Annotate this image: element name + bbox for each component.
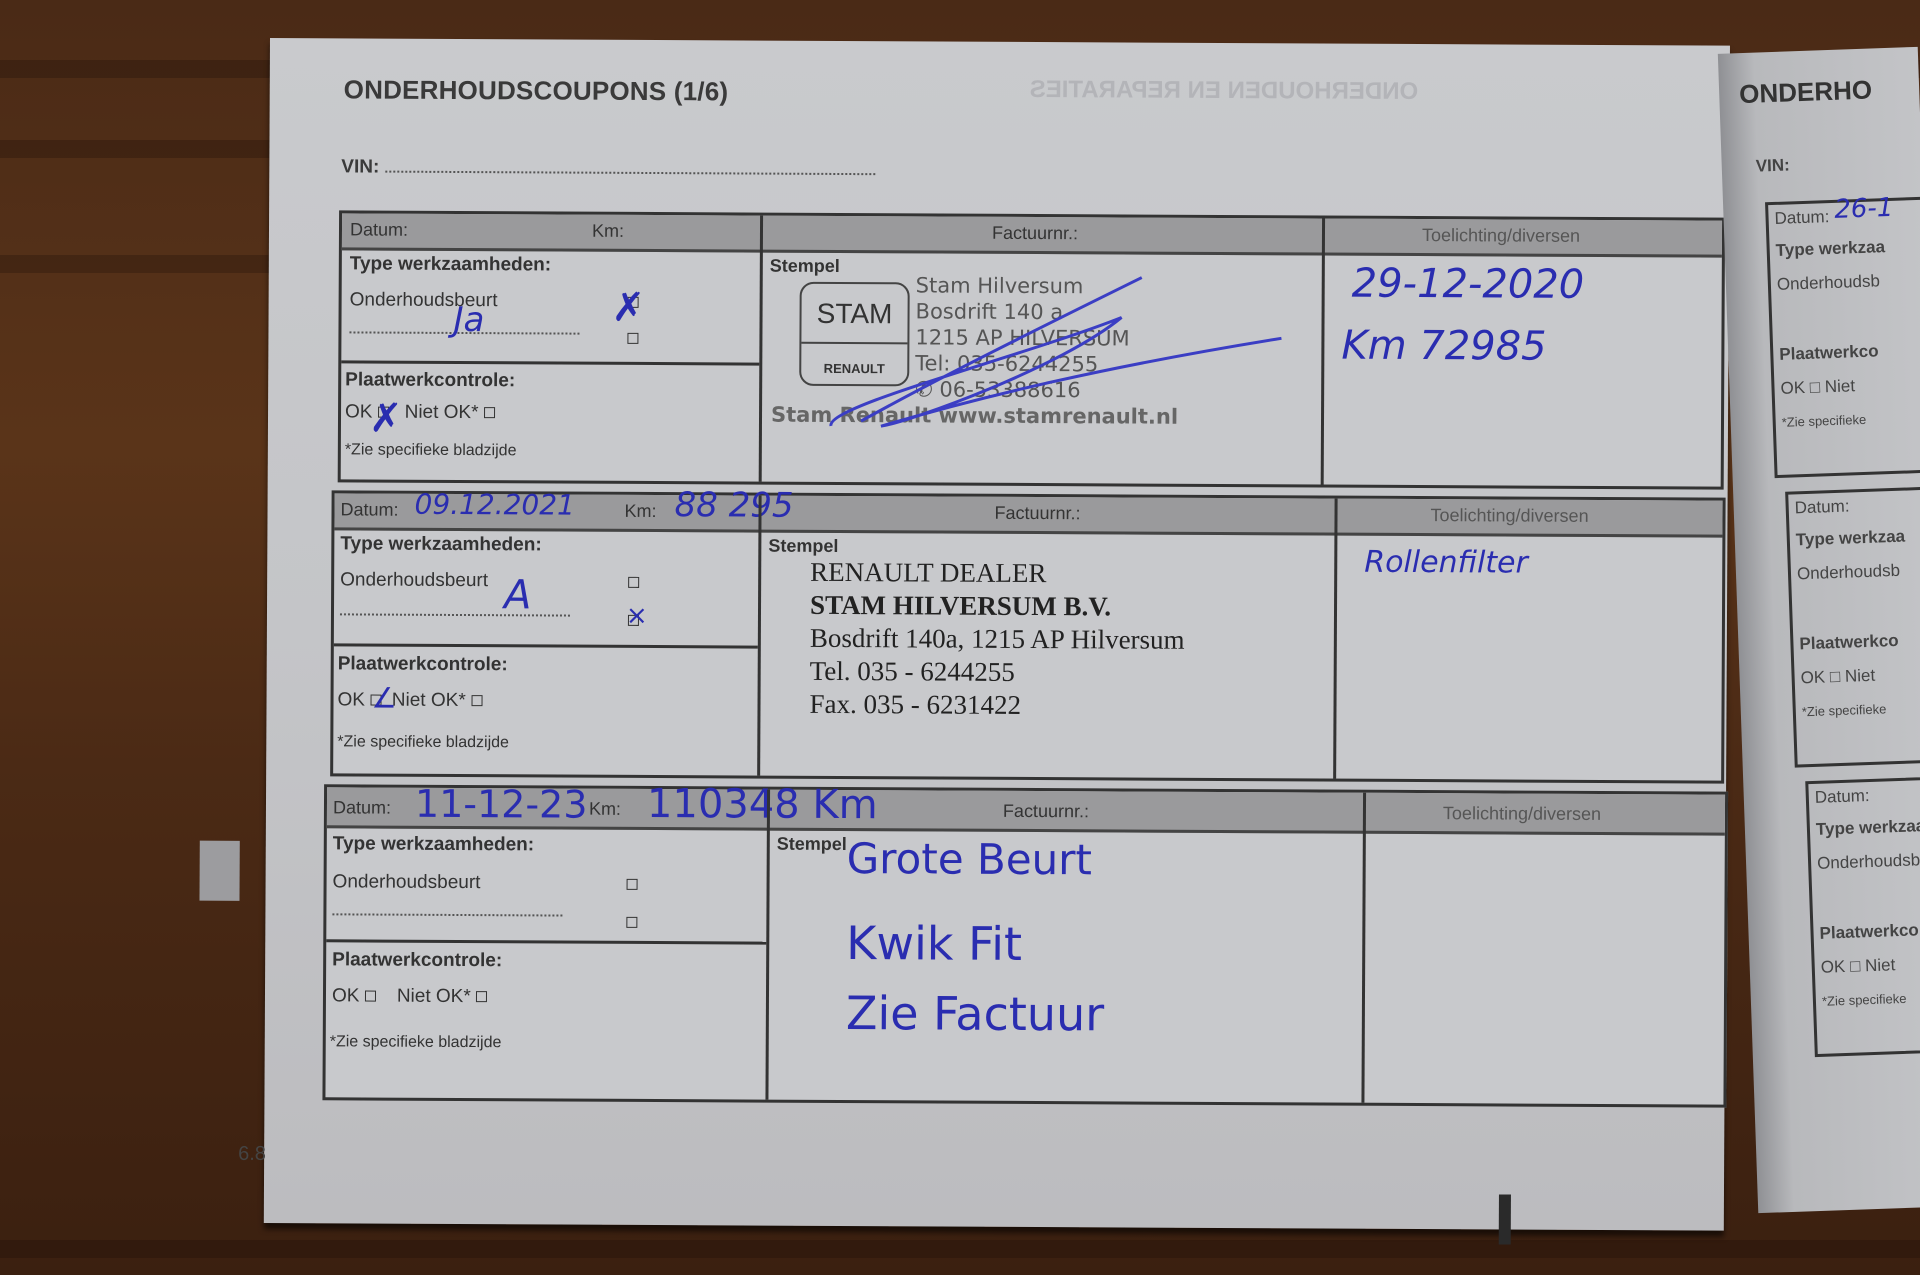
- vin-field: VIN:: [341, 156, 875, 181]
- right-coupon-3: Datum: Type werkzaa Onderhoudsb Plaatwer…: [1805, 774, 1920, 1057]
- signature-scribble: [821, 256, 1322, 439]
- handwritten-datum: 09.12.2021: [414, 488, 574, 522]
- niet-ok-checkbox[interactable]: [484, 408, 495, 419]
- right-coupon-1: Datum: 26-1 Type werkzaa Onderhoudsb Pla…: [1765, 195, 1920, 478]
- stempel-handwriting-2: Kwik Fit: [846, 916, 1022, 971]
- datum-label: Datum:: [350, 219, 408, 240]
- coupon-1: Datum: Km: Factuurnr.: Toelichting/diver…: [338, 210, 1725, 489]
- booklet-page-right: ONDERHO VIN: Datum: 26-1 Type werkzaa On…: [1718, 47, 1920, 1213]
- dealer-stamp-2: RENAULT DEALER STAM HILVERSUM B.V. Bosdr…: [809, 556, 1185, 723]
- handwritten-onderhoud-note: A: [504, 572, 532, 618]
- handwritten-ok-mark: ✗: [369, 396, 403, 442]
- handwritten-check-mark: ✗: [611, 285, 645, 331]
- coupon-3: Datum: Km: Factuurnr.: Toelichting/diver…: [322, 784, 1728, 1107]
- coupon-2: Datum: Km: Factuurnr.: Toelichting/diver…: [330, 490, 1725, 783]
- plaatwerkcontrole-label: Plaatwerkcontrole:: [345, 369, 515, 392]
- other-work-checkbox[interactable]: [627, 333, 638, 344]
- onderhoudsbeurt-checkbox[interactable]: [627, 879, 638, 890]
- toelichting-label: Toelichting/diversen: [1422, 225, 1580, 247]
- toelichting-line-1: 29-12-2020: [1352, 261, 1585, 308]
- handwritten-ok-mark: ∠: [371, 682, 396, 715]
- coupon-1-header: Datum: Km: Factuurnr.: Toelichting/diver…: [342, 213, 1722, 257]
- handwritten-km: 110348 Km: [647, 781, 878, 828]
- page-title: ONDERHOUDSCOUPONS (1/6): [344, 74, 729, 107]
- footnote: *Zie specifieke bladzijde: [345, 441, 517, 460]
- type-werkzaamheden-label: Type werkzaamheden:: [350, 253, 551, 276]
- handwritten-onderhoud-note: Ja: [453, 300, 484, 340]
- vin-dotted-line: [385, 171, 875, 176]
- handwritten-check-mark: ×: [626, 601, 648, 631]
- onderhoudsbeurt-checkbox[interactable]: [628, 577, 639, 588]
- factuurnr-label: Factuurnr.:: [992, 223, 1078, 244]
- toelichting-line-2: Km 72985: [1341, 323, 1546, 370]
- km-label: Km:: [592, 221, 624, 242]
- booklet-page-left: ONDERHOUDSCOUPONS (1/6) ONDERHOUDEN EN R…: [264, 38, 1730, 1231]
- ok-checkbox[interactable]: [365, 991, 376, 1002]
- toelichting-line-1: Rollenfilter: [1364, 545, 1528, 581]
- bleed-through-title: ONDERHOUDEN EN REPARATIES: [1030, 76, 1419, 106]
- chapter-bar-marker: [1499, 1194, 1511, 1244]
- handwritten-km: 88 295: [674, 485, 793, 526]
- stempel-handwriting-1: Grote Beurt: [847, 834, 1093, 884]
- niet-ok-checkbox[interactable]: [476, 992, 487, 1003]
- niet-ok-label: Niet OK*: [405, 402, 479, 423]
- right-page-title: ONDERHO: [1739, 74, 1873, 110]
- page-number: 6.8: [238, 1143, 266, 1166]
- handwritten-datum: 11-12-23: [415, 782, 588, 827]
- vin-label: VIN:: [341, 156, 379, 177]
- stempel-handwriting-3: Zie Factuur: [846, 986, 1104, 1041]
- section-tab-marker: [199, 841, 239, 901]
- right-coupon-2: Datum: Type werkzaa Onderhoudsb Plaatwer…: [1785, 485, 1920, 768]
- other-work-checkbox[interactable]: [626, 917, 637, 928]
- niet-ok-checkbox[interactable]: [471, 696, 482, 707]
